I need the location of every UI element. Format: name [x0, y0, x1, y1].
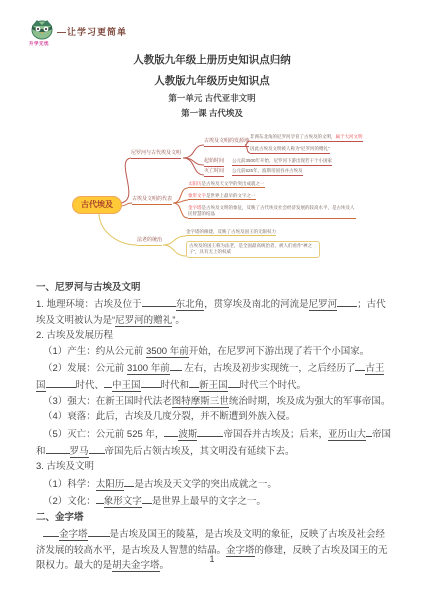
body-text: 时代和: [161, 380, 190, 391]
body-text: 统治时期，埃及成为强大的军事帝国。: [229, 396, 391, 407]
mindmap-branch-label: 尼罗河与古代埃及文明: [131, 150, 181, 159]
answer-blank: [189, 376, 199, 388]
paragraph: （4）衰落：此后，古埃及几度分裂，并不断遭到外族入侵。: [36, 409, 392, 424]
mindmap-leaf: 非洲东北角的尼罗河孕育了古埃及的文明，属于大河文明: [250, 134, 363, 142]
mindmap-text: 非洲东北角的尼罗河孕育了古埃及的文明，: [250, 134, 336, 139]
body-text: 二、金字塔: [36, 512, 84, 523]
mindmap-leaf: 公元前3500年开始，尼罗河下游出现若干个小国家: [232, 158, 332, 166]
body-text: 开始，在尼罗河下游出现了若干个小国家。: [189, 346, 370, 357]
page-subtitle: 人教版九年级历史知识点: [0, 73, 424, 88]
paragraph: （1）产生：约从公元前 3500 年前开始，在尼罗河下游出现了若干个小国家。: [36, 344, 392, 359]
mindmap-text: 法老的统治: [137, 237, 162, 243]
mindmap-leaf: 古埃及的国王称为法老，是全国最高统治者，被人们看作“神之子”，具有无上的权威: [186, 241, 320, 258]
answer-text: 东北角: [176, 299, 205, 311]
answer-text: 象形文字: [104, 496, 142, 508]
page-title: 人教版九年级上册历史知识点归纳: [0, 52, 424, 67]
answer-blank: [46, 376, 76, 388]
answer-text: 尼罗河: [309, 299, 338, 311]
mindmap-sub-label: 古埃及文明的发源地: [204, 138, 249, 147]
doc-body: 一、尼罗河与古埃及文明1. 地理环境：古埃及位于东北角，贯穿埃及南北的河流是尼罗…: [36, 280, 392, 573]
mindmap-sub-label: 灭亡时间: [204, 168, 224, 177]
body-text: （2）文化：: [43, 496, 96, 507]
mindmap-leaf: 因此古埃及文明被人称为“尼罗河的赠礼”: [250, 146, 330, 154]
paragraph: （3）强大：在新王国时代法老图特摩斯三世统治时期，埃及成为强大的军事帝国。: [36, 394, 392, 409]
body-text: 2. 古埃及发展历程: [36, 330, 113, 341]
mindmap-text: 古埃及文明的发源地: [204, 138, 249, 144]
body-text: （2）发展：公元前: [43, 363, 127, 374]
body-text: 左右，古埃及初步实现统一，之后经历了: [182, 363, 356, 374]
mindmap-nodes: 古代埃及尼罗河与古代埃及文明古埃及文明的发源地非洲东北角的尼罗河孕育了古埃及的文…: [0, 118, 424, 278]
body-text: 帝国吞并古埃及；后来，: [223, 429, 328, 440]
mindmap-root: 古代埃及: [72, 196, 122, 214]
body-text: 是古埃及天文学的突出成就之一。: [134, 479, 277, 490]
answer-blank: [96, 492, 104, 504]
mindmap-text: 公元前3500年开始，尼罗河下游出现若干个小国家: [232, 158, 332, 163]
answer-text: 尼罗河的赠礼: [115, 315, 172, 327]
answer-blank: [228, 376, 240, 388]
body-text: （4）衰落：此后，古埃及几度分裂，并不断遭到外族入侵。: [43, 411, 295, 422]
body-text: 帝国先后占领古埃及，其文明没有延续下去。: [105, 446, 295, 457]
mindmap-text: 古代埃及: [81, 200, 113, 209]
paragraph: （5）灭亡：公元前 525 年，波斯帝国吞并古埃及；后来，亚历山大帝国和罗马帝国…: [36, 425, 392, 460]
body-text: 一、尼罗河与古埃及文明: [36, 282, 141, 293]
mindmap-text: 金字塔的修建，反映了古埃及国王的无限权力: [186, 229, 276, 234]
mindmap-text: 是世界上最早的文字之一: [206, 193, 256, 198]
answer-blank: [141, 376, 161, 388]
logo-subtext: 升学无忧: [29, 41, 49, 47]
answer-blank: [104, 376, 112, 388]
mindmap-text: 公元前525年，波斯帝国吞并古埃及: [232, 168, 303, 173]
paragraph: （1）科学：太阳历是古埃及天文学的突出成就之一。: [36, 475, 392, 492]
answer-blank: [164, 425, 178, 437]
paragraph: （2）文化：象形文字是世界上最早的文字之一。: [36, 492, 392, 509]
mindmap-text: 是古埃及文明的象征，反映了古代埃及社会经济发展的较高水平，是古埃及人民智慧的结晶: [188, 205, 355, 216]
paragraph: 金字塔是古埃及国王的陵墓，是古埃及文明的象征，反映了古埃及社会经济发展的较高水平…: [36, 525, 392, 573]
mindmap-leaf: 公元前525年，波斯帝国吞并古埃及: [232, 168, 303, 176]
body-text: ，贯穿埃及南北的河流是: [204, 299, 309, 310]
body-text: ”。: [172, 315, 185, 326]
mindmap-text: 起始时间: [204, 158, 224, 164]
mindmap-text: 是古埃及天文学的突出成就之一: [202, 181, 265, 186]
answer-text: 太阳历: [96, 479, 125, 491]
page-number: 1: [0, 554, 424, 564]
body-text: 时代三个时代。: [240, 380, 307, 391]
mindmap-leaf: 金字塔是古埃及文明的象征，反映了古代埃及社会经济发展的较高水平，是古埃及人民智慧…: [188, 205, 356, 219]
body-text: （3）强大：在新王国时代法老: [43, 396, 172, 407]
answer-blank: [355, 359, 365, 371]
answer-blank: [197, 425, 223, 437]
mindmap-text: 古埃及文明的代表: [132, 196, 172, 202]
answer-text: 3500 年前: [146, 346, 189, 358]
mindmap-leaf: 太阳历是古埃及天文学的突出成就之一: [188, 181, 265, 188]
body-text: 时代、: [76, 380, 105, 391]
mindmap-sub-label: 起始时间: [204, 158, 224, 167]
answer-text: 新王国: [199, 380, 228, 392]
body-text: 是世界上最早的文字之一。: [152, 496, 266, 507]
mindmap-text: 尼罗河与古代埃及文明: [131, 150, 181, 156]
body-text: 3. 古埃及文明: [36, 461, 94, 472]
answer-blank: [337, 295, 357, 307]
unit-title: 第一单元 古代亚非文明: [0, 92, 424, 104]
answer-blank: [43, 525, 59, 537]
answer-blank: [46, 442, 70, 454]
mindmap-text: 灭亡时间: [204, 168, 224, 174]
mindmap-branch-label: 法老的统治: [137, 237, 162, 246]
answer-blank: [142, 295, 176, 307]
paragraph: 一、尼罗河与古埃及文明: [36, 280, 392, 295]
mindmap-highlight-text: 太阳历: [188, 181, 202, 186]
mindmap-branch-label: 古埃及文明的代表: [132, 196, 172, 205]
body-text: （5）灭亡：公元前 525 年，: [43, 429, 164, 440]
mindmap-text: 因此古埃及文明被人称为“尼罗河的赠礼”: [250, 146, 330, 151]
answer-blank: [89, 442, 105, 454]
answer-text: 亚历山大: [328, 429, 366, 441]
answer-blank: [124, 475, 134, 487]
answer-text: 波斯: [178, 429, 197, 441]
answer-text: 罗马: [70, 446, 89, 458]
mindmap-highlight-text: 金字塔: [188, 205, 202, 210]
answer-text: 中王国: [112, 380, 141, 392]
mindmap: 古代埃及尼罗河与古代埃及文明古埃及文明的发源地非洲东北角的尼罗河孕育了古埃及的文…: [0, 118, 424, 278]
answer-text: 3100 年前: [127, 363, 170, 375]
paragraph: 二、金字塔: [36, 510, 392, 525]
paragraph: （2）发展：公元前 3100 年前 左右，古埃及初步实现统一，之后经历了古王国时…: [36, 359, 392, 394]
mindmap-leaf: 金字塔的修建，反映了古埃及国王的无限权力: [186, 229, 276, 236]
mindmap-highlight-text: 属于大河文明: [336, 134, 363, 139]
paragraph: 1. 地理环境：古埃及位于东北角，贯穿埃及南北的河流是尼罗河；古代埃及文明被认为…: [36, 295, 392, 328]
mindmap-text: 古埃及的国王称为法老，是全国最高统治者，被人们看作“神之子”，具有无上的权威: [189, 243, 312, 254]
body-text: 1. 地理环境：古埃及位于: [36, 299, 142, 310]
mindmap-leaf: 象形文字是世界上最早的文字之一: [188, 193, 256, 200]
answer-blank: [170, 359, 182, 371]
logo-tagline: —让学习更简单: [57, 25, 127, 38]
body-text: （1）产生：约从公元前: [43, 346, 146, 357]
answer-blank: [88, 525, 110, 537]
answer-text: 图特摩斯三世: [172, 396, 229, 408]
paragraph: 2. 古埃及发展历程: [36, 328, 392, 343]
paragraph: 3. 古埃及文明: [36, 459, 392, 474]
document-page: —让学习更简单 升学无忧 人教版九年级上册历史知识点归纳 人教版九年级历史知识点…: [0, 0, 424, 600]
answer-blank: [142, 492, 152, 504]
answer-text: 金字塔: [59, 529, 88, 541]
body-text: （1）科学：: [43, 479, 96, 490]
mindmap-highlight-text: 象形文字: [188, 193, 206, 198]
